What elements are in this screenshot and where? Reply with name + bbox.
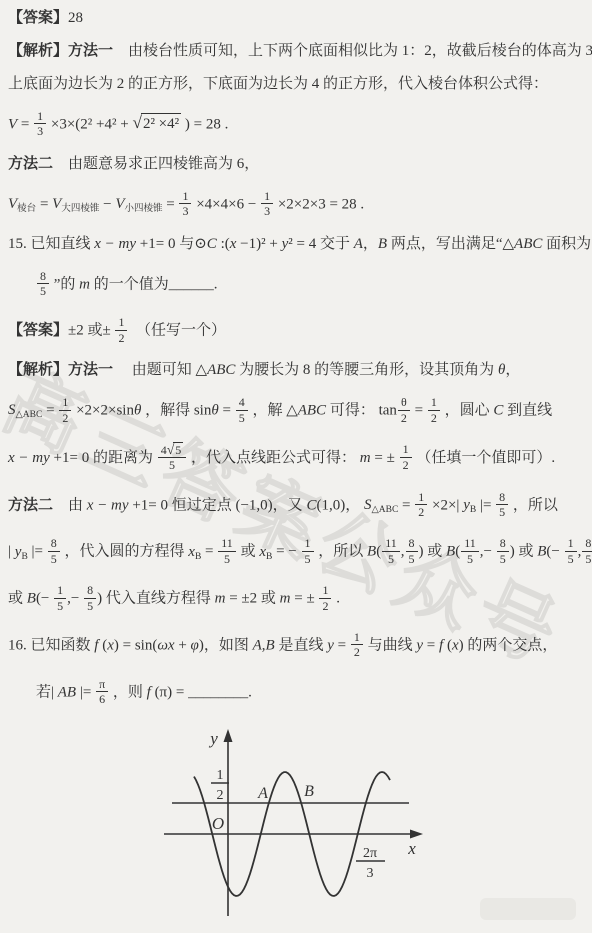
fraction: 115: [218, 536, 236, 566]
fraction: 12: [59, 395, 71, 425]
point-a-label: A: [257, 785, 268, 802]
fraction: 12: [428, 395, 440, 425]
subscripted-variable: yB: [15, 544, 28, 560]
y-axis-label: y: [208, 729, 218, 748]
q16-problem-a: 16. 已知函数 f (x) = sin(ωx + φ)，如图 A,B 是直线 …: [8, 628, 588, 664]
function-graph: yxOAB122π3: [138, 722, 592, 923]
fraction: 4√55: [158, 442, 187, 473]
sqrt-radical: √2² ×4²: [132, 113, 181, 135]
fraction: 85: [406, 536, 418, 566]
q15-analysis-method1-b: S△ABC = 12 ×2×2×sinθ ，解得 sinθ = 45 ，解 △A…: [8, 393, 588, 429]
origin-label: O: [212, 814, 224, 833]
x-tick-label: 2π3: [356, 846, 385, 881]
fraction: 13: [179, 189, 191, 219]
subscripted-variable: xB: [188, 544, 201, 560]
subscripted-variable: V小四棱锥: [115, 196, 162, 212]
fraction: 85: [84, 583, 96, 613]
subscripted-variable: S△ABC: [8, 402, 42, 418]
subscripted-variable: V棱台: [8, 196, 36, 212]
subscripted-variable: S△ABC: [364, 497, 398, 513]
point-b-label: B: [304, 783, 314, 800]
q14-method2-formula: V棱台 = V大四棱锥 − V小四棱锥 = 13 ×4×4×6 − 13 ×2×…: [8, 187, 588, 223]
half-value-label: 12: [211, 768, 229, 803]
fraction: 15: [565, 536, 577, 566]
y-axis-arrow: [224, 729, 233, 742]
q15-method2-a: 方法二 由 x − my +1= 0 恒过定点 (−1,0)，又 C(1,0)，…: [8, 488, 588, 524]
function-graph-svg: yxOAB122π3: [138, 722, 478, 918]
fraction: 85: [582, 536, 592, 566]
q14-analysis-method1-b: 上底面为边长为 2 的正方形，下底面为边长为 4 的正方形，代入棱台体积公式得：: [8, 74, 588, 95]
fraction: 12: [115, 315, 127, 345]
scanned-math-solution-page: { "colors": { "bg": "#f2f1ee", "ink": "#…: [0, 0, 592, 933]
q15-answer: 【答案】±2 或± 12 （任写一个）: [8, 313, 588, 349]
fraction: 85: [48, 536, 60, 566]
fraction: 13: [34, 109, 46, 139]
q15-method2-b: | yB |= 85 ，代入圆的方程得 xB = 115 或 xB = − 15…: [8, 534, 588, 570]
subscripted-variable: yB: [463, 497, 476, 513]
q15-problem-b: 85 ”的 m 的一个值为______.: [36, 267, 588, 303]
svg-text:2: 2: [217, 788, 224, 803]
fraction: 12: [400, 442, 412, 472]
fraction: 15: [54, 583, 66, 613]
fraction: 12: [351, 630, 363, 660]
fraction: 12: [415, 490, 427, 520]
x-axis-arrow: [410, 829, 423, 838]
q15-analysis-method1-a: 【解析】方法一 由题可知 △ABC 为腰长为 8 的等腰三角形，设其顶角为 θ，: [8, 360, 588, 381]
fraction: 13: [261, 189, 273, 219]
x-axis-label: x: [407, 839, 416, 858]
fraction: θ2: [398, 395, 410, 425]
q16-problem-b: 若| AB |= π6 ，则 f (π) = ________.: [36, 675, 588, 711]
sqrt-radical: √5: [167, 442, 184, 457]
fraction: π6: [96, 677, 108, 707]
q15-method2-c: 或 B(− 15,− 85) 代入直线方程得 m = ±2 或 m = ± 12…: [8, 581, 588, 617]
q14-analysis-method1-a: 【解析】方法一 由棱台性质可知，上下两个底面相似比为 1：2，故截后棱台的体高为…: [8, 41, 588, 62]
svg-text:2π: 2π: [363, 846, 377, 861]
q15-analysis-method1-c: x − my +1= 0 的距离为 4√55 ，代入点线距公式可得： m = ±…: [8, 440, 588, 477]
q14-volume-formula: V = 13 ×3×(2² +4² + √2² ×4² ) = 28 .: [8, 107, 588, 143]
fraction: 115: [382, 536, 400, 566]
fraction: 85: [496, 490, 508, 520]
fraction: 85: [37, 269, 49, 299]
fraction: 15: [302, 536, 314, 566]
subscripted-variable: xB: [259, 544, 272, 560]
fraction: 45: [236, 395, 248, 425]
fraction: 85: [497, 536, 509, 566]
q14-method2: 方法二 由题意易求正四棱锥高为 6，: [8, 154, 588, 175]
svg-text:3: 3: [367, 866, 374, 881]
svg-text:1: 1: [217, 768, 224, 783]
fraction: 115: [461, 536, 479, 566]
fraction: 12: [319, 583, 331, 613]
q14-answer: 【答案】28: [8, 8, 588, 29]
q15-problem-a: 15. 已知直线 x − my +1= 0 与⊙C :(x −1)² + y² …: [8, 234, 588, 255]
subscripted-variable: V大四棱锥: [52, 196, 99, 212]
solution-text: 【答案】28【解析】方法一 由棱台性质可知，上下两个底面相似比为 1：2，故截后…: [0, 0, 592, 711]
